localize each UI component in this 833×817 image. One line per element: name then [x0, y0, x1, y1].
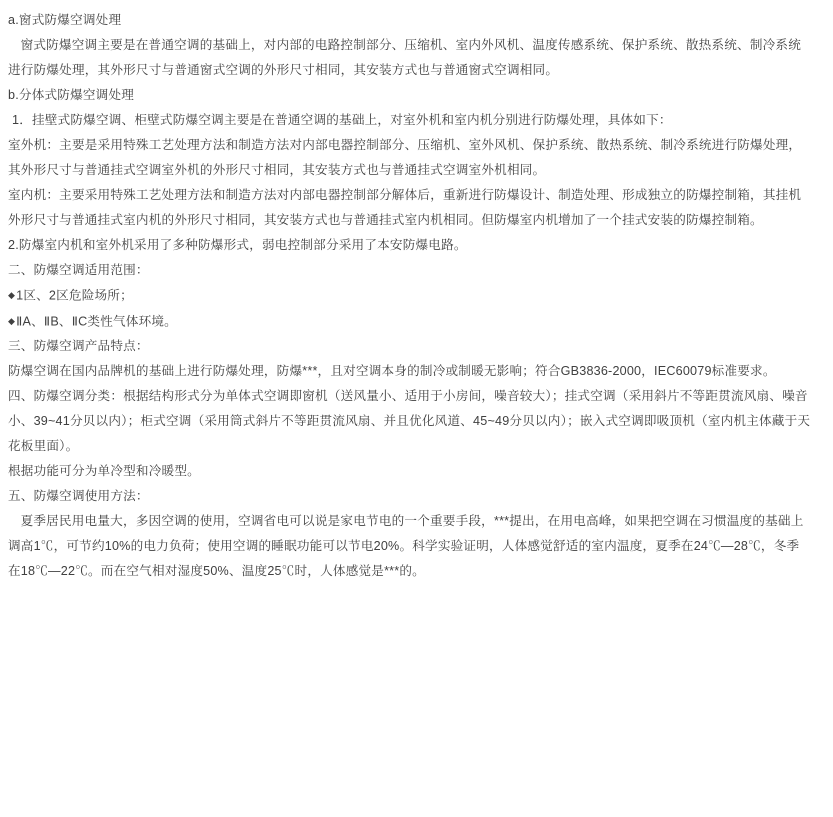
- section-b-item2: 2.防爆室内机和室外机采用了多种防爆形式，弱电控制部分采用了本安防爆电路。: [8, 233, 811, 258]
- outdoor-unit-paragraph: 室外机：主要是采用特殊工艺处理方法和制造方法对内部电器控制部分、压缩机、室外风机…: [8, 133, 811, 183]
- section-4-function-types: 根据功能可分为单冷型和冷暖型。: [8, 459, 811, 484]
- section-a-heading: a.窗式防爆空调处理: [8, 8, 811, 33]
- diamond-bullet-icon: ◆: [8, 316, 15, 326]
- section-b-heading: b.分体式防爆空调处理: [8, 83, 811, 108]
- section-4-paragraph: 四、防爆空调分类：根据结构形式分为单体式空调即窗机（送风量小、适用于小房间，噪音…: [8, 384, 811, 459]
- section-5-heading: 五、防爆空调使用方法：: [8, 484, 811, 509]
- document-page: { "page": { "background": "#ffffff", "te…: [0, 0, 833, 817]
- section-2-bullet-zones: ◆1区、2区危险场所；: [8, 283, 811, 309]
- bullet-text: ⅡA、ⅡB、ⅡC类性气体环境。: [16, 314, 177, 328]
- section-3-heading: 三、防爆空调产品特点：: [8, 334, 811, 359]
- section-5-paragraph: 夏季居民用电量大，多因空调的使用，空调省电可以说是家电节电的一个重要手段，***…: [8, 509, 811, 584]
- article-body: a.窗式防爆空调处理 窗式防爆空调主要是在普通空调的基础上，对内部的电路控制部分…: [0, 0, 833, 817]
- bullet-text: 1区、2区危险场所；: [16, 289, 133, 303]
- section-2-bullet-gas-groups: ◆ⅡA、ⅡB、ⅡC类性气体环境。: [8, 309, 811, 335]
- diamond-bullet-icon: ◆: [8, 290, 15, 300]
- indoor-unit-paragraph: 室内机：主要采用特殊工艺处理方法和制造方法对内部电器控制部分解体后，重新进行防爆…: [8, 183, 811, 233]
- section-2-heading: 二、防爆空调适用范围：: [8, 258, 811, 283]
- section-b-item1: 1．挂壁式防爆空调、柜壁式防爆空调主要是在普通空调的基础上，对室外机和室内机分别…: [8, 108, 811, 133]
- section-a-paragraph: 窗式防爆空调主要是在普通空调的基础上，对内部的电路控制部分、压缩机、室内外风机、…: [8, 33, 811, 83]
- section-3-paragraph: 防爆空调在国内品牌机的基础上进行防爆处理，防爆***，且对空调本身的制冷或制暖无…: [8, 359, 811, 384]
